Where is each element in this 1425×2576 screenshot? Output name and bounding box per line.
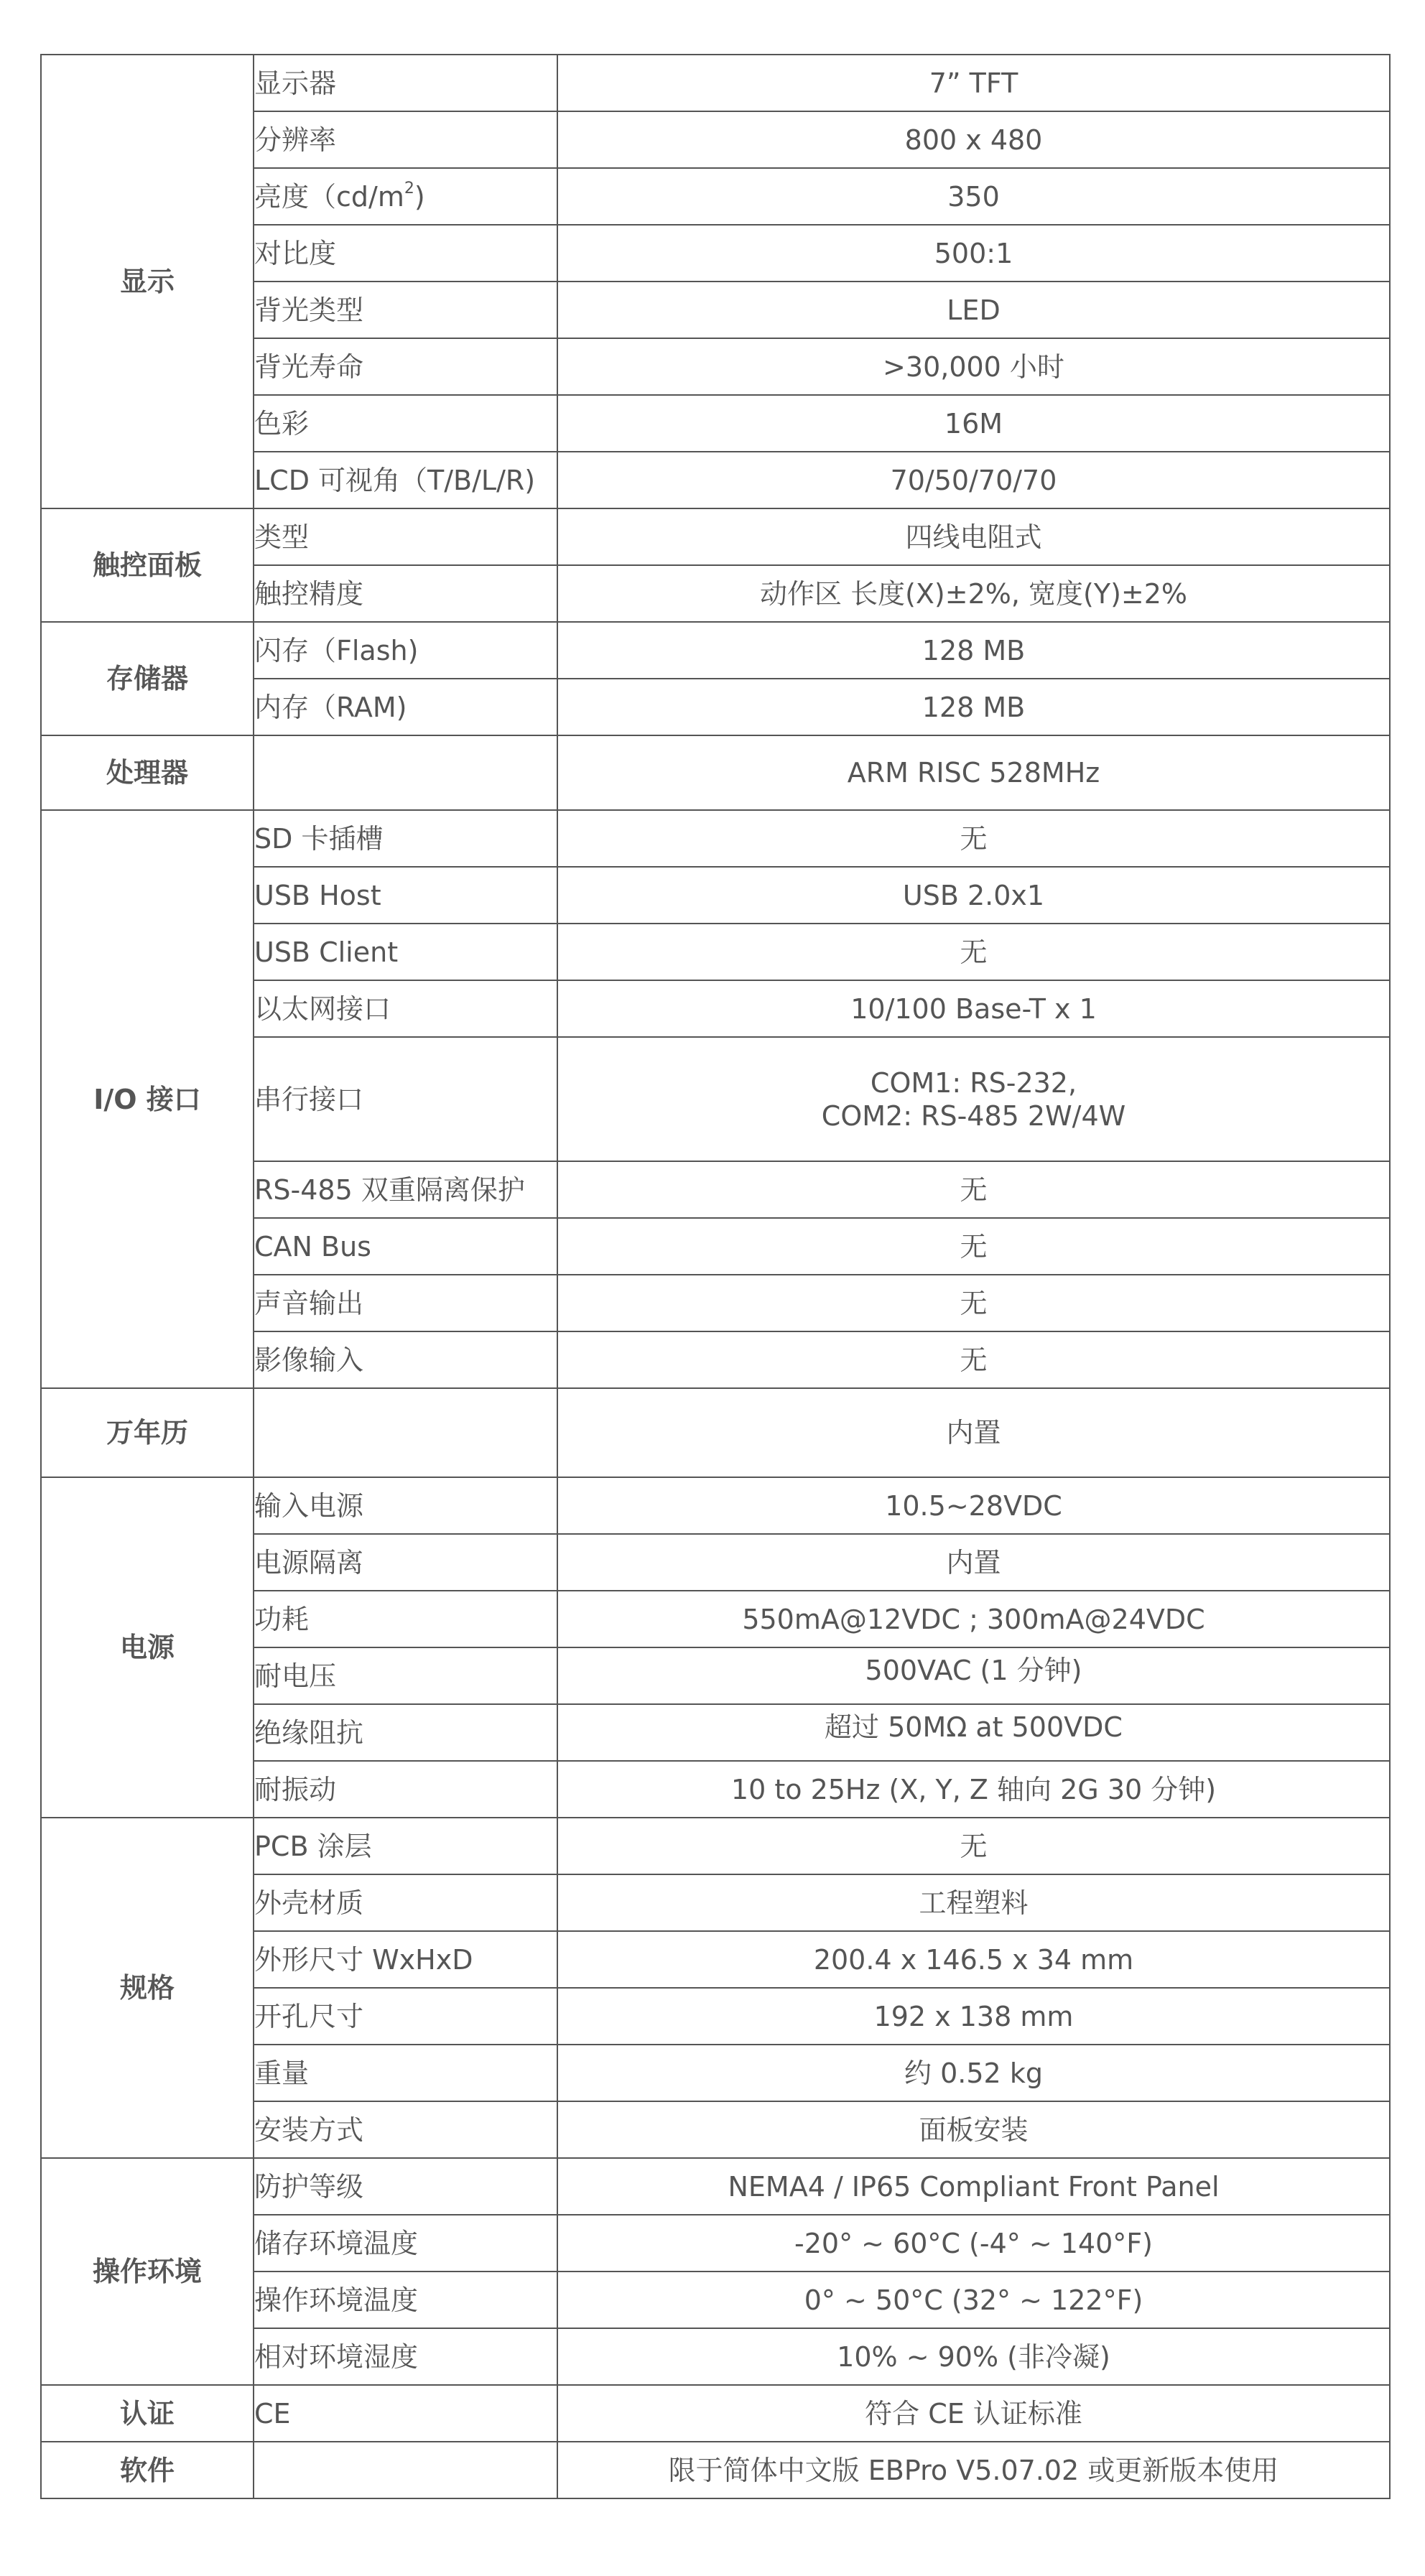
spec-value: >30,000 小时 xyxy=(557,338,1390,395)
spec-value: 10% ~ 90% (非冷凝) xyxy=(557,2328,1390,2385)
spec-value: 无 xyxy=(557,924,1390,980)
spec-label: 耐电压 xyxy=(254,1647,557,1704)
superscript: 2 xyxy=(404,180,414,197)
category-storage: 存储器 xyxy=(41,622,254,735)
spec-value: 无 xyxy=(557,810,1390,867)
table-row: 软件 限于简体中文版 EBPro V5.07.02 或更新版本使用 xyxy=(41,2442,1390,2498)
spec-value: USB 2.0x1 xyxy=(557,867,1390,924)
spec-value: 7” TFT xyxy=(557,55,1390,111)
category-spec: 规格 xyxy=(41,1818,254,2158)
spec-value: 四线电阻式 xyxy=(557,508,1390,565)
table-row: 电源 输入电源 10.5~28VDC xyxy=(41,1477,1390,1534)
spec-value: 工程塑料 xyxy=(557,1874,1390,1931)
spec-value: 无 xyxy=(557,1275,1390,1331)
table-row: 触控面板 类型 四线电阻式 xyxy=(41,508,1390,565)
category-certification: 认证 xyxy=(41,2385,254,2442)
spec-value: 128 MB xyxy=(557,679,1390,735)
spec-value: 动作区 长度(X)±2%, 宽度(Y)±2% xyxy=(557,565,1390,622)
spec-value: 约 0.52 kg xyxy=(557,2045,1390,2101)
category-power: 电源 xyxy=(41,1477,254,1818)
category-software: 软件 xyxy=(41,2442,254,2498)
spec-label: 以太网接口 xyxy=(254,980,557,1037)
spec-label: USB Client xyxy=(254,924,557,980)
category-io: I/O 接口 xyxy=(41,810,254,1388)
spec-label: SD 卡插槽 xyxy=(254,810,557,867)
spec-label xyxy=(254,1388,557,1477)
spec-table: 显示 显示器 7” TFT 分辨率 800 x 480 亮度（cd/m2) 35… xyxy=(40,54,1391,2499)
category-touch: 触控面板 xyxy=(41,508,254,622)
value-line: COM1: RS-232, xyxy=(558,1066,1389,1099)
spec-label: 绝缘阻抗 xyxy=(254,1704,557,1761)
spec-value: 内置 xyxy=(557,1534,1390,1591)
spec-label: 操作环境温度 xyxy=(254,2272,557,2328)
spec-label: 声音输出 xyxy=(254,1275,557,1331)
spec-value: 无 xyxy=(557,1218,1390,1275)
spec-label: 耐振动 xyxy=(254,1761,557,1818)
spec-label: RS-485 双重隔离保护 xyxy=(254,1161,557,1218)
spec-label: 触控精度 xyxy=(254,565,557,622)
spec-label: 显示器 xyxy=(254,55,557,111)
spec-value: -20° ~ 60°C (-4° ~ 140°F) xyxy=(557,2215,1390,2272)
spec-value: 200.4 x 146.5 x 34 mm xyxy=(557,1931,1390,1988)
spec-label: CE xyxy=(254,2385,557,2442)
spec-label: 内存（RAM) xyxy=(254,679,557,735)
spec-value: 无 xyxy=(557,1331,1390,1388)
category-processor: 处理器 xyxy=(41,735,254,810)
spec-label: 相对环境湿度 xyxy=(254,2328,557,2385)
spec-value: 128 MB xyxy=(557,622,1390,679)
spec-value: 192 x 138 mm xyxy=(557,1988,1390,2045)
spec-label: 分辨率 xyxy=(254,111,557,168)
spec-value: 无 xyxy=(557,1818,1390,1874)
spec-label: 防护等级 xyxy=(254,2158,557,2215)
spec-value: 550mA@12VDC ; 300mA@24VDC xyxy=(557,1591,1390,1647)
spec-value: LED xyxy=(557,282,1390,338)
spec-value: 超过 50MΩ at 500VDC xyxy=(557,1704,1390,1761)
category-display: 显示 xyxy=(41,55,254,508)
spec-label: USB Host xyxy=(254,867,557,924)
spec-value: 10.5~28VDC xyxy=(557,1477,1390,1534)
spec-label xyxy=(254,2442,557,2498)
table-row: 处理器 ARM RISC 528MHz xyxy=(41,735,1390,810)
table-row: 万年历 内置 xyxy=(41,1388,1390,1477)
spec-label: 串行接口 xyxy=(254,1037,557,1161)
spec-value: 800 x 480 xyxy=(557,111,1390,168)
table-row: 认证 CE 符合 CE 认证标准 xyxy=(41,2385,1390,2442)
spec-label: 背光类型 xyxy=(254,282,557,338)
spec-label: CAN Bus xyxy=(254,1218,557,1275)
spec-value: 70/50/70/70 xyxy=(557,452,1390,508)
spec-label: 影像输入 xyxy=(254,1331,557,1388)
spec-value: 500VAC (1 分钟) xyxy=(557,1647,1390,1704)
spec-value: 350 xyxy=(557,168,1390,225)
spec-value: 0° ~ 50°C (32° ~ 122°F) xyxy=(557,2272,1390,2328)
spec-value: 10 to 25Hz (X, Y, Z 轴向 2G 30 分钟) xyxy=(557,1761,1390,1818)
spec-label: 开孔尺寸 xyxy=(254,1988,557,2045)
spec-label: 色彩 xyxy=(254,395,557,452)
spec-label: 类型 xyxy=(254,508,557,565)
spec-label: 外壳材质 xyxy=(254,1874,557,1931)
spec-value: 符合 CE 认证标准 xyxy=(557,2385,1390,2442)
spec-label-tail: ) xyxy=(414,181,425,213)
spec-label: 对比度 xyxy=(254,225,557,282)
spec-label: 背光寿命 xyxy=(254,338,557,395)
spec-label: 安装方式 xyxy=(254,2101,557,2158)
spec-value: NEMA4 / IP65 Compliant Front Panel xyxy=(557,2158,1390,2215)
spec-value: 500:1 xyxy=(557,225,1390,282)
table-row: 存储器 闪存（Flash) 128 MB xyxy=(41,622,1390,679)
table-row: 规格 PCB 涂层 无 xyxy=(41,1818,1390,1874)
spec-label: PCB 涂层 xyxy=(254,1818,557,1874)
spec-value: 内置 xyxy=(557,1388,1390,1477)
spec-value: COM1: RS-232, COM2: RS-485 2W/4W xyxy=(557,1037,1390,1161)
value-line: COM2: RS-485 2W/4W xyxy=(558,1099,1389,1133)
spec-label-text: 亮度（cd/m xyxy=(254,181,404,213)
spec-label: LCD 可视角（T/B/L/R) xyxy=(254,452,557,508)
table-row: I/O 接口 SD 卡插槽 无 xyxy=(41,810,1390,867)
spec-label: 储存环境温度 xyxy=(254,2215,557,2272)
spec-value: 16M xyxy=(557,395,1390,452)
spec-label: 重量 xyxy=(254,2045,557,2101)
table-row: 操作环境 防护等级 NEMA4 / IP65 Compliant Front P… xyxy=(41,2158,1390,2215)
spec-label: 亮度（cd/m2) xyxy=(254,168,557,225)
spec-value: 限于简体中文版 EBPro V5.07.02 或更新版本使用 xyxy=(557,2442,1390,2498)
category-environment: 操作环境 xyxy=(41,2158,254,2385)
spec-label: 输入电源 xyxy=(254,1477,557,1534)
table-row: 显示 显示器 7” TFT xyxy=(41,55,1390,111)
spec-value: ARM RISC 528MHz xyxy=(557,735,1390,810)
category-calendar: 万年历 xyxy=(41,1388,254,1477)
spec-label xyxy=(254,735,557,810)
spec-label: 闪存（Flash) xyxy=(254,622,557,679)
spec-label: 电源隔离 xyxy=(254,1534,557,1591)
spec-label: 功耗 xyxy=(254,1591,557,1647)
spec-value: 面板安装 xyxy=(557,2101,1390,2158)
spec-value: 10/100 Base-T x 1 xyxy=(557,980,1390,1037)
spec-value: 无 xyxy=(557,1161,1390,1218)
spec-label: 外形尺寸 WxHxD xyxy=(254,1931,557,1988)
